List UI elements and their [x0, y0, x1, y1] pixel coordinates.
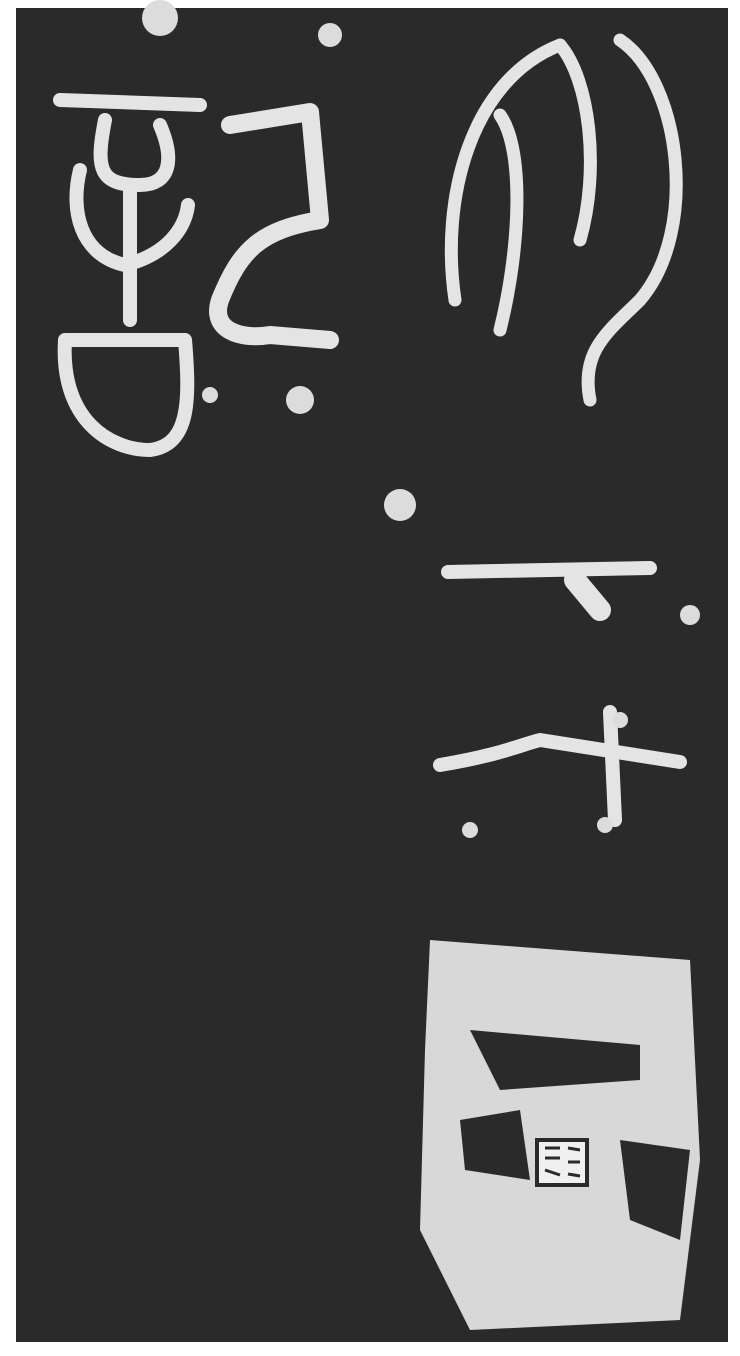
character-shi: [440, 712, 680, 820]
character-yue: [451, 40, 676, 400]
seal-stamp: [537, 1140, 587, 1185]
rubbing-image: [0, 0, 740, 1356]
character-er: [448, 568, 650, 610]
inscription-strokes: [0, 0, 740, 1356]
